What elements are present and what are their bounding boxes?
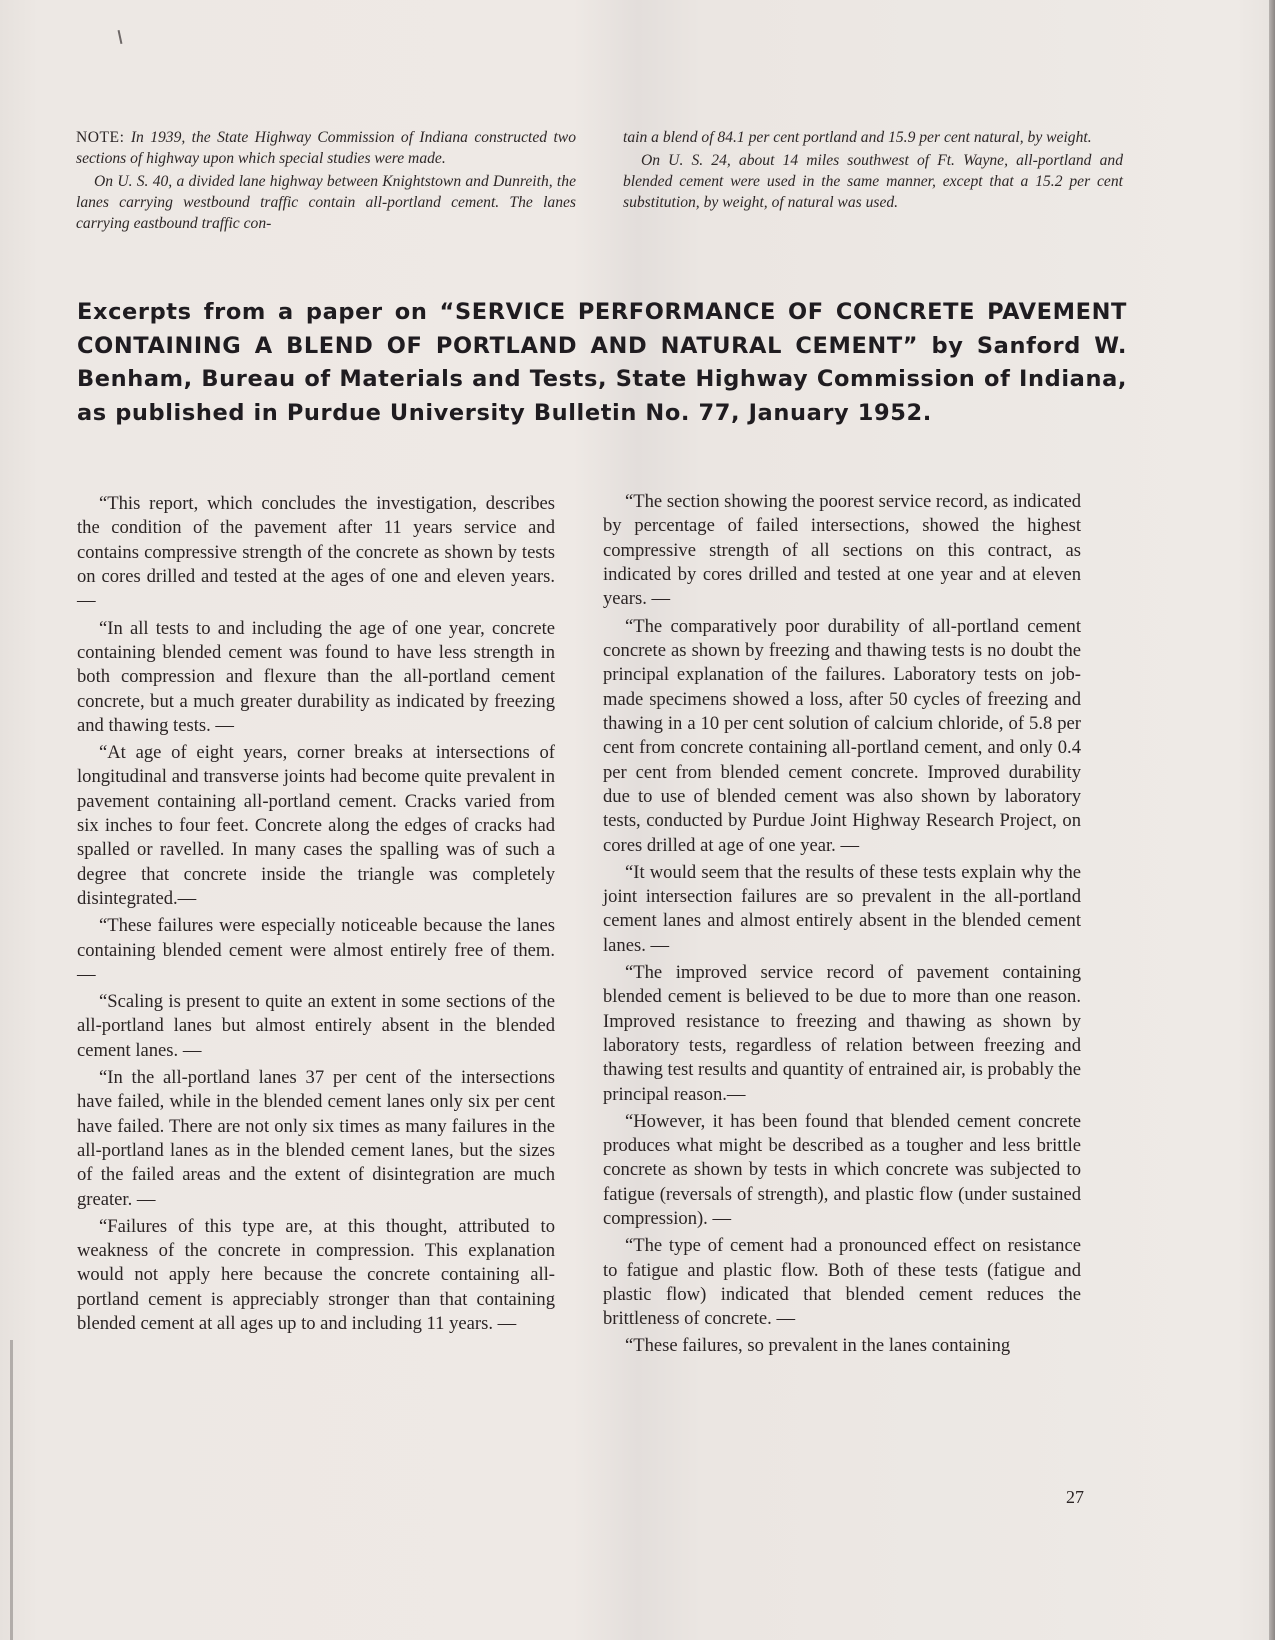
paragraph: “In the all-portland lanes 37 per cent o…: [77, 1066, 555, 1212]
paragraph: “However, it has been found that blended…: [603, 1110, 1081, 1232]
paragraph: “At age of eight years, corner breaks at…: [77, 741, 555, 911]
paragraph: “Scaling is present to quite an extent i…: [77, 990, 555, 1063]
note-paragraph: On U. S. 24, about 14 miles southwest of…: [623, 150, 1123, 213]
paragraph: “The improved service record of pavement…: [603, 961, 1081, 1107]
body-column-left: “This report, which concludes the invest…: [77, 492, 555, 1339]
paragraph: “This report, which concludes the invest…: [77, 492, 555, 614]
note-right-column: tain a blend of 84.1 per cent portland a…: [623, 127, 1123, 213]
note-paragraph: tain a blend of 84.1 per cent portland a…: [623, 127, 1123, 148]
note-text: In 1939, the State Highway Commission of…: [76, 129, 576, 167]
paragraph: “In all tests to and including the age o…: [77, 617, 555, 739]
note-paragraph: NOTE: In 1939, the State Highway Commiss…: [76, 127, 576, 169]
article-heading: Excerpts from a paper on “SERVICE PERFOR…: [77, 296, 1127, 430]
page-number: 27: [1066, 1487, 1084, 1508]
scan-mark: [118, 30, 123, 44]
paragraph: “It would seem that the results of these…: [603, 861, 1081, 958]
paragraph: “These failures, so prevalent in the lan…: [603, 1334, 1081, 1358]
paragraph: “These failures were especially noticeab…: [77, 914, 555, 987]
paragraph: “The comparatively poor durability of al…: [603, 615, 1081, 858]
note-label: NOTE:: [76, 129, 124, 146]
body-column-right: “The section showing the poorest service…: [603, 490, 1081, 1362]
paragraph: “Failures of this type are, at this thou…: [77, 1215, 555, 1337]
paragraph: “The type of cement had a pronounced eff…: [603, 1234, 1081, 1331]
note-left-column: NOTE: In 1939, the State Highway Commiss…: [76, 127, 576, 234]
paragraph: “The section showing the poorest service…: [603, 490, 1081, 612]
note-paragraph: On U. S. 40, a divided lane highway betw…: [76, 171, 576, 234]
page-edge-shadow: [10, 1340, 13, 1640]
binding-edge: [1269, 0, 1275, 1640]
